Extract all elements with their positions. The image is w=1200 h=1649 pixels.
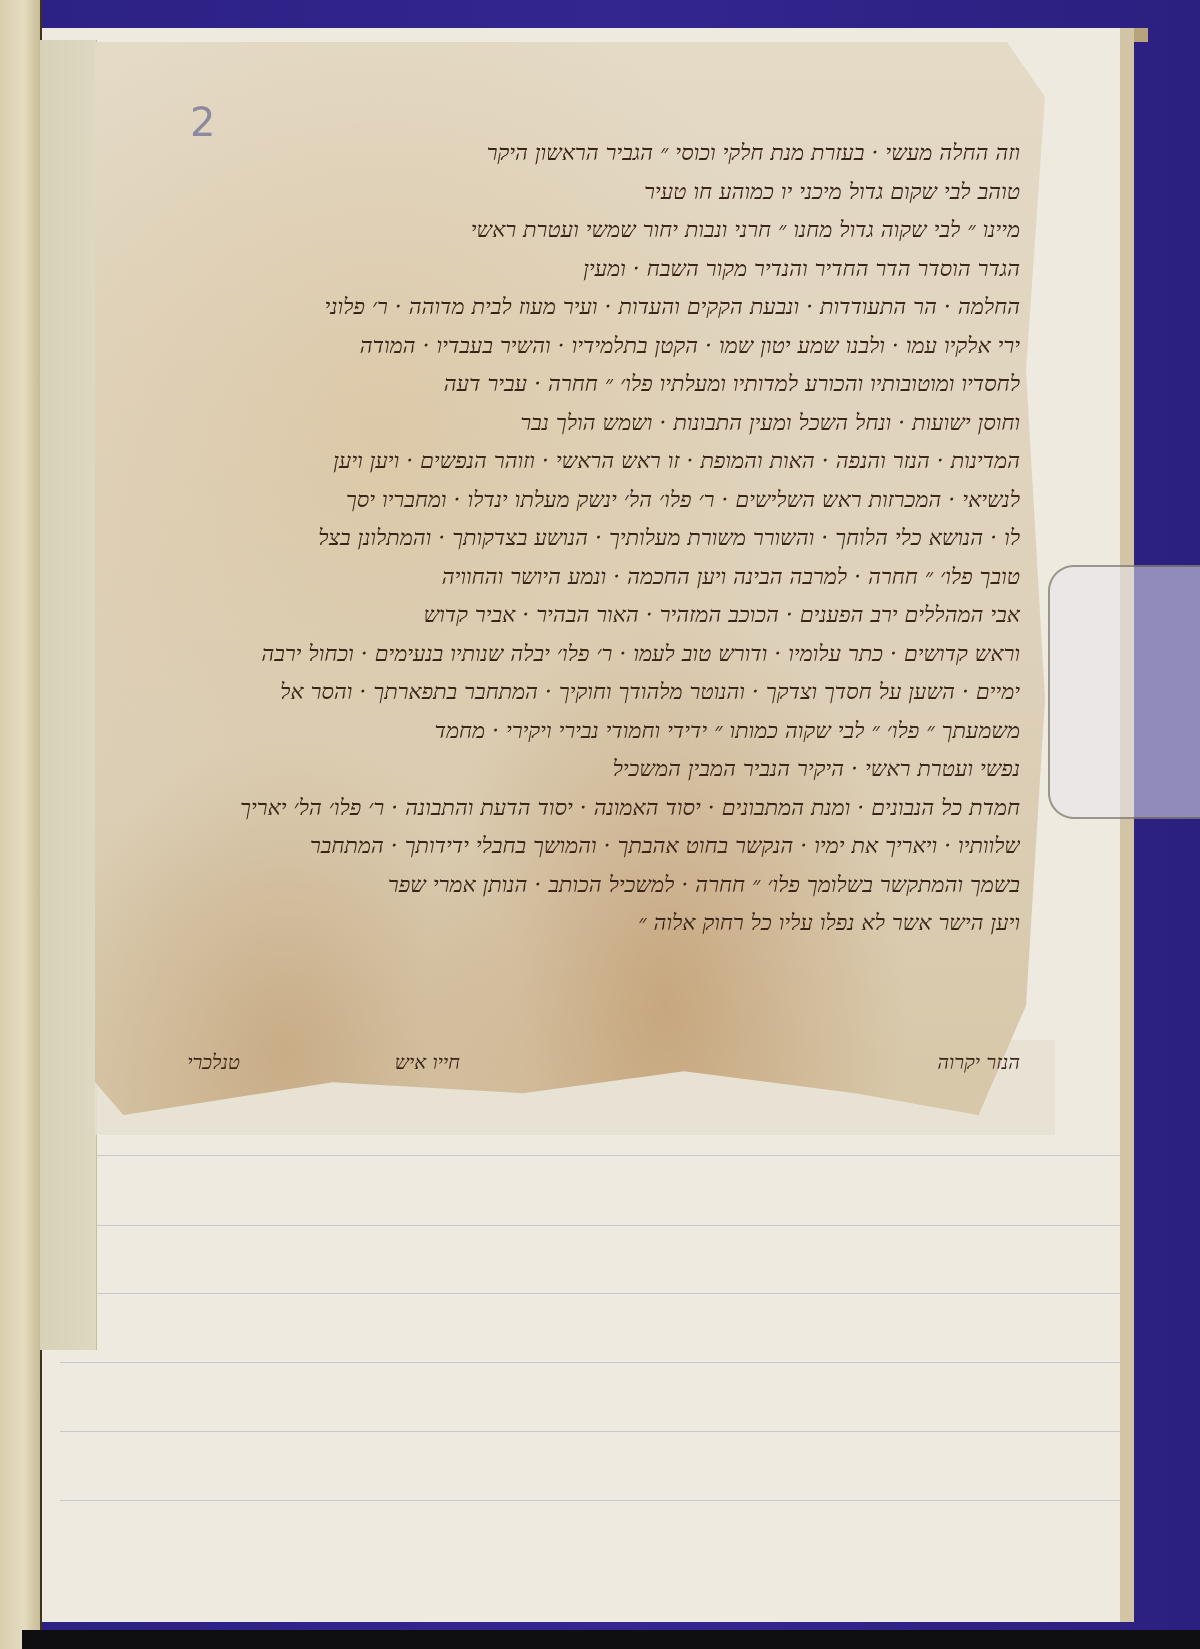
manuscript-text: וזה החלה מעשי · בעזרת מנת חלקי וכוסי ״ ה…: [140, 135, 1020, 944]
manuscript-line: החלמה · הר התעודדות · ונבעת הקקים והעדות…: [140, 289, 1020, 328]
ruled-line: [60, 1225, 1120, 1226]
bottom-word: חייו איש: [395, 1050, 460, 1075]
bottom-edge: [22, 1630, 1200, 1649]
bottom-word: הנזר יקרוה: [937, 1050, 1020, 1075]
manuscript-line: הגדר הוסדר הדר החדיר והנדיר מקור השבח · …: [140, 251, 1020, 290]
manuscript-line: וחוסן ישועות · ונחל השכל ומעין התבונות ·…: [140, 405, 1020, 444]
manuscript-line: לחסדיו ומוטובותיו והכורע למדותיו ומעלתיו…: [140, 366, 1020, 405]
manuscript-line: שלוותיו · ויאריך את ימיו · הנקשר בחוט אה…: [140, 828, 1020, 867]
ruled-line: [60, 1500, 1120, 1501]
manuscript-line: המדינות · הנזר והנפה · האות והמופת · זו …: [140, 443, 1020, 482]
manuscript-line: וזה החלה מעשי · בעזרת מנת חלקי וכוסי ״ ה…: [140, 135, 1020, 174]
manuscript-line: ירי אלקיו עמו · ולבנו שמע יטון שמו · הקט…: [140, 328, 1020, 367]
manuscript-line: לנשיאי · המכרזות ראש השלישים · ר׳ פלו׳ ה…: [140, 482, 1020, 521]
bottom-words: הנזר יקרוהחייו אישטנלכרי: [120, 1050, 1020, 1090]
manuscript-line: משמעתך ״ פלו׳ ״ לבי שקוה כמותו ״ ידידי ו…: [140, 713, 1020, 752]
ruled-line: [60, 1155, 1120, 1156]
manuscript-line: ויען הישר אשר לא נפלו עליו כל רחוק אלוה …: [140, 905, 1020, 944]
manuscript-line: חמדת כל הנבונים · ומנת המתבונים · יסוד ה…: [140, 790, 1020, 829]
ruled-line: [60, 1362, 1120, 1363]
ruled-line: [60, 1293, 1120, 1294]
manuscript-line: מיינו ״ לבי שקוה גדול מחנו ״ חרני ונבות …: [140, 212, 1020, 251]
transparent-tab: [1048, 565, 1200, 819]
manuscript-line: בשמך והמתקשר בשלומך פלו׳ ״ חחרה · למשכיל…: [140, 867, 1020, 906]
left-spine: [0, 0, 42, 1649]
tissue-hinge: [40, 40, 97, 1350]
manuscript-line: לו · הנושא כלי הלוחך · והשורר משורת מעלו…: [140, 520, 1020, 559]
manuscript-line: וראש קדושים · כתר עלומיו · ודורש טוב לעמ…: [140, 636, 1020, 675]
manuscript-line: ימיים · השען על חסדך וצדקך · והנוטר מלהו…: [140, 674, 1020, 713]
ruled-line: [60, 1431, 1120, 1432]
manuscript-line: טוהב לבי שקום גדול מיכני יו כמוהע חו טעי…: [140, 174, 1020, 213]
bottom-word: טנלכרי: [187, 1050, 240, 1075]
manuscript-line: נפשי ועטרת ראשי · היקיר הנביר המבין המשכ…: [140, 751, 1020, 790]
manuscript-line: טובך פלו׳ ״ חחרה · למרבה הבינה ויען החכמ…: [140, 559, 1020, 598]
manuscript-line: אבי המהללים ירב הפענים · הכוכב המזהיר · …: [140, 597, 1020, 636]
